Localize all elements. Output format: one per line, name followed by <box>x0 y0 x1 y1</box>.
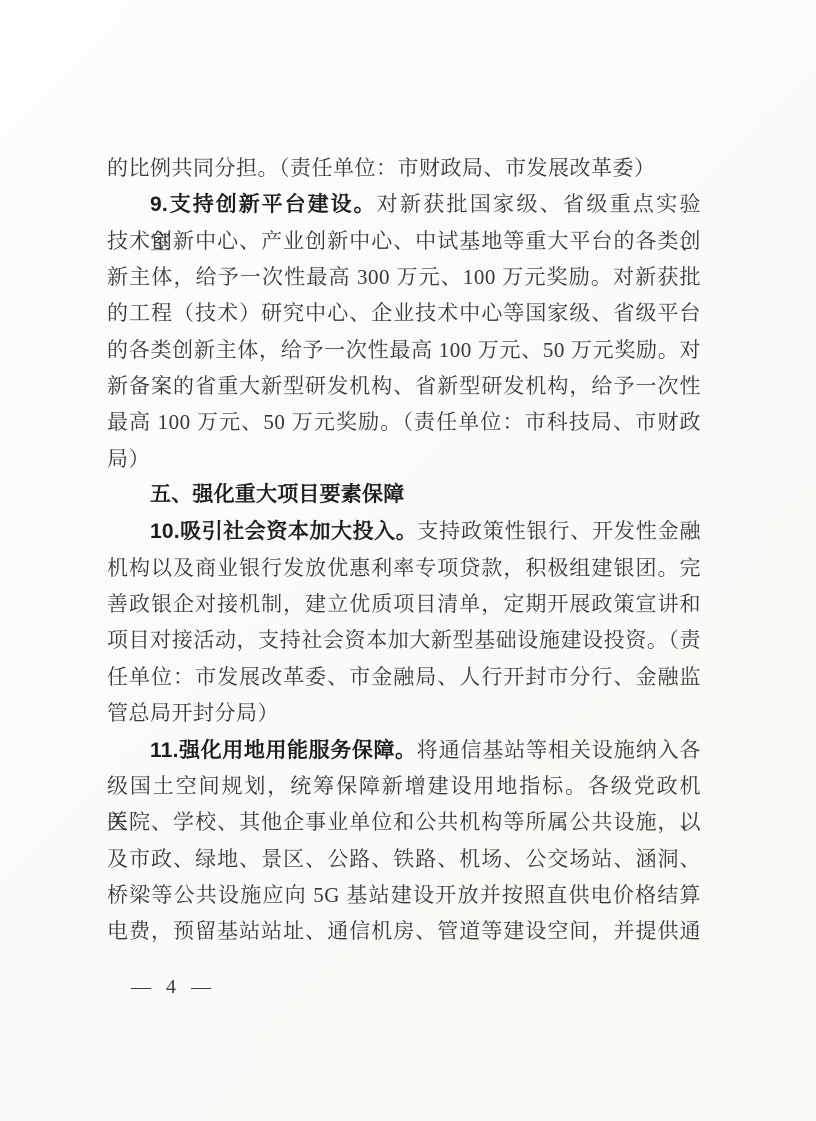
para-10-line-1: 10.吸引社会资本加大投入。支持政策性银行、开发性金融 <box>107 513 701 549</box>
text-segment: 支持政策性银行、开发性金融 <box>417 519 701 543</box>
para-9-line-6: 新备案的省重大新型研发机构、省新型研发机构，给予一次性 <box>107 368 701 404</box>
text-segment: 项目对接活动，支持社会资本加大新型基础设施建设投资。（责 <box>107 628 701 652</box>
document-page: 的比例共同分担。（责任单位：市财政局、市发展改革委）9.支持创新平台建设。对新获… <box>0 0 816 1121</box>
text-segment: 技术创新中心、产业创新中心、中试基地等重大平台的各类创 <box>107 229 701 253</box>
para-9-line-4: 的工程（技术）研究中心、企业技术中心等国家级、省级平台 <box>107 295 701 331</box>
section-heading: 五、强化重大项目要素保障 <box>107 477 701 513</box>
para-10-line-4: 项目对接活动，支持社会资本加大新型基础设施建设投资。（责 <box>107 622 701 658</box>
text-segment: 管总局开封分局） <box>107 701 279 725</box>
para-10-line-6: 管总局开封分局） <box>107 695 701 731</box>
text-segment: 善政银企对接机制，建立优质项目清单，定期开展政策宣讲和 <box>107 592 701 616</box>
para-11-line-4: 及市政、绿地、景区、公路、铁路、机场、公交场站、涵洞、 <box>107 841 701 877</box>
text-segment: 最高 100 万元、50 万元奖励。（责任单位：市科技局、市财政 <box>107 410 701 434</box>
text-segment: 局） <box>107 447 150 471</box>
para-10-line-5: 任单位：市发展改革委、市金融局、人行开封市分行、金融监 <box>107 659 701 695</box>
text-segment: 将通信基站等相关设施纳入各 <box>417 738 701 762</box>
text-segment: 的比例共同分担。（责任单位：市财政局、市发展改革委） <box>107 156 656 180</box>
para-11-line-1: 11.强化用地用能服务保障。将通信基站等相关设施纳入各 <box>107 732 701 768</box>
paragraph-lead: 10.吸引社会资本加大投入。 <box>150 520 417 543</box>
para-9-line-8: 局） <box>107 441 701 477</box>
para-11-line-2: 级国土空间规划，统筹保障新增建设用地指标。各级党政机关、 <box>107 768 701 804</box>
text-segment: 桥梁等公共设施应向 5G 基站建设开放并按照直供电价格结算 <box>107 883 701 907</box>
para-9-line-3: 新主体，给予一次性最高 300 万元、100 万元奖励。对新获批 <box>107 259 701 295</box>
para-11-line-3: 医院、学校、其他企事业单位和公共机构等所属公共设施，以 <box>107 804 701 840</box>
para-11-line-5: 桥梁等公共设施应向 5G 基站建设开放并按照直供电价格结算 <box>107 877 701 913</box>
para-11-line-6: 电费，预留基站站址、通信机房、管道等建设空间，并提供通 <box>107 913 701 949</box>
document-body: 的比例共同分担。（责任单位：市财政局、市发展改革委）9.支持创新平台建设。对新获… <box>107 150 701 950</box>
text-segment: 的各类创新主体，给予一次性最高 100 万元、50 万元奖励。对 <box>107 338 701 362</box>
paragraph-lead: 11.强化用地用能服务保障。 <box>150 739 417 762</box>
text-segment: 任单位：市发展改革委、市金融局、人行开封市分行、金融监 <box>107 665 701 689</box>
text-segment: 医院、学校、其他企事业单位和公共机构等所属公共设施，以 <box>107 810 701 834</box>
para-9-line-5: 的各类创新主体，给予一次性最高 100 万元、50 万元奖励。对 <box>107 332 701 368</box>
text-segment: 的工程（技术）研究中心、企业技术中心等国家级、省级平台 <box>107 301 701 325</box>
para-10-line-2: 机构以及商业银行发放优惠利率专项贷款，积极组建银团。完 <box>107 550 701 586</box>
text-segment: 电费，预留基站站址、通信机房、管道等建设空间，并提供通 <box>107 919 701 943</box>
para-9-line-2: 技术创新中心、产业创新中心、中试基地等重大平台的各类创 <box>107 223 701 259</box>
paragraph-lead: 五、强化重大项目要素保障 <box>150 483 404 506</box>
para-10-line-3: 善政银企对接机制，建立优质项目清单，定期开展政策宣讲和 <box>107 586 701 622</box>
para-9-line-1: 9.支持创新平台建设。对新获批国家级、省级重点实验室、 <box>107 186 701 222</box>
para-9-line-7: 最高 100 万元、50 万元奖励。（责任单位：市科技局、市财政 <box>107 404 701 440</box>
text-segment: 新备案的省重大新型研发机构、省新型研发机构，给予一次性 <box>107 374 701 398</box>
text-segment: 及市政、绿地、景区、公路、铁路、机场、公交场站、涵洞、 <box>107 847 701 871</box>
page-number: — 4 — <box>131 976 216 999</box>
text-segment: 机构以及商业银行发放优惠利率专项贷款，积极组建银团。完 <box>107 556 701 580</box>
text-segment: 新主体，给予一次性最高 300 万元、100 万元奖励。对新获批 <box>107 265 701 289</box>
line-carryover: 的比例共同分担。（责任单位：市财政局、市发展改革委） <box>107 150 701 186</box>
paragraph-lead: 9.支持创新平台建设。 <box>150 193 377 216</box>
